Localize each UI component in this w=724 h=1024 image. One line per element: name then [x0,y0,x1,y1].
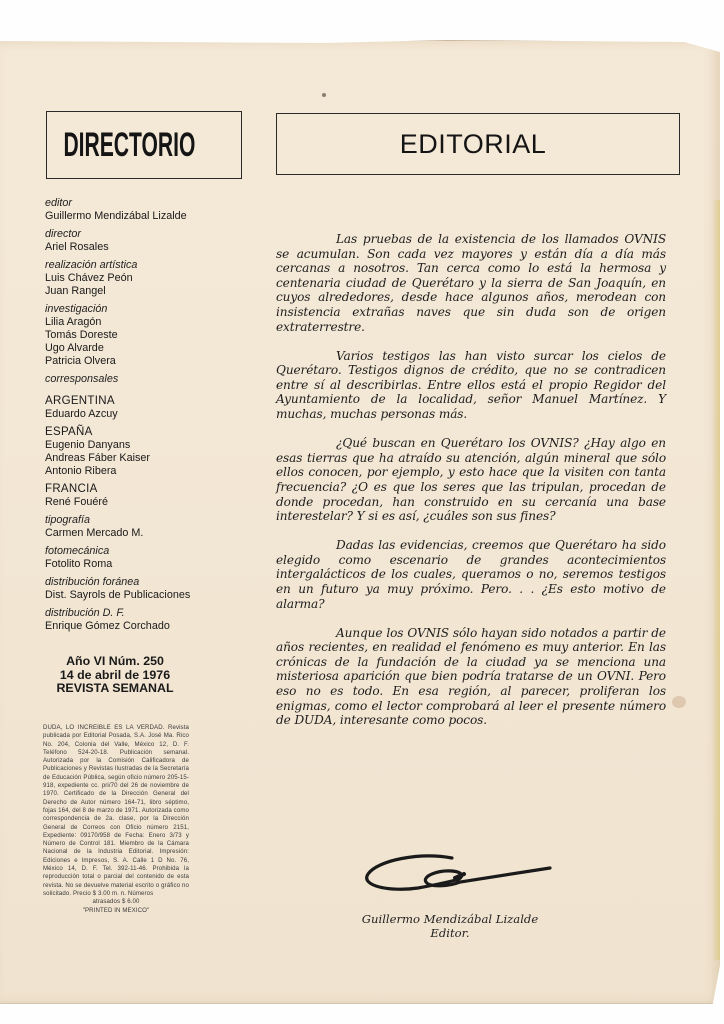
directory-section: corresponsales [45,373,255,386]
paper-stain [672,696,686,708]
issue-number: Año VI Núm. 250 [40,655,190,669]
signature-scribble [360,852,560,902]
directory-name: Dist. Sayrols de Publicaciones [45,589,255,602]
editorial-paragraph: ¿Qué buscan en Querétaro los OVNIS? ¿Hay… [276,436,666,524]
editorial-paragraph: Las pruebas de la existencia de los llam… [276,232,666,334]
directory-section: investigaciónLilia AragónTomás DoresteUg… [45,303,255,368]
signature-block: Guillermo Mendizábal Lizalde Editor. [330,912,570,940]
directory-role: fotomecánica [45,545,255,558]
directory-section: distribución D. F.Enrique Gómez Corchado [45,607,255,633]
directory-section: realización artísticaLuis Chávez PeónJua… [45,259,255,298]
page-edge-yellowing [712,200,720,960]
directory-name: Juan Rangel [45,285,255,298]
signature-title: Editor. [330,926,570,940]
directory-role: director [45,228,255,241]
directory-section: tipografíaCarmen Mercado M. [45,514,255,540]
directory-country: FRANCIA [45,483,255,496]
directory-role: editor [45,197,255,210]
directory-country: ESPAÑA [45,426,255,439]
directory-name: Guillermo Mendizábal Lizalde [45,210,255,223]
editorial-paragraph: Varios testigos las han visto surcar los… [276,349,666,422]
directory-section: editorGuillermo Mendizábal Lizalde [45,197,255,223]
directory-role: tipografía [45,514,255,527]
directory-role: realización artística [45,259,255,272]
editorial-paragraph: Aunque los OVNIS sólo hayan sido notados… [276,626,666,728]
signature-name: Guillermo Mendizábal Lizalde [330,912,570,926]
issue-info: Año VI Núm. 250 14 de abril de 1976 REVI… [40,655,190,696]
legal-notice: DUDA, LO INCREIBLE ES LA VERDAD. Revista… [43,724,189,915]
directory-role: corresponsales [45,373,255,386]
directory-name: Fotolito Roma [45,558,255,571]
directory-name: Ugo Alvarde [45,342,255,355]
paper-speck [322,93,326,97]
directory-section: FRANCIARené Fouéré [45,483,255,509]
editorial-paragraph: Dadas las evidencias, creemos que Querét… [276,538,666,611]
issue-frequency: REVISTA SEMANAL [40,682,190,696]
directory-name: Enrique Gómez Corchado [45,620,255,633]
editorial-body: Las pruebas de la existencia de los llam… [276,232,666,742]
staff-directory: editorGuillermo Mendizábal Lizaldedirect… [45,197,255,638]
directorio-title: DIRECTORIO [63,126,195,165]
editorial-title: EDITORIAL [400,129,547,160]
directory-name: Antonio Ribera [45,465,255,478]
legal-lead: DUDA, LO INCREIBLE ES LA VERDAD. [43,724,165,731]
directory-name: Lilia Aragón [45,316,255,329]
directory-section: distribución foráneaDist. Sayrols de Pub… [45,576,255,602]
legal-back-issues: atrasados $ 6.00 [43,898,189,906]
directory-name: Eugenio Danyans [45,439,255,452]
editorial-header-box: EDITORIAL [276,113,680,175]
directory-section: ESPAÑAEugenio DanyansAndreas Fáber Kaise… [45,426,255,478]
directory-name: Eduardo Azcuy [45,408,255,421]
directory-name: Carmen Mercado M. [45,527,255,540]
directory-role: distribución foránea [45,576,255,589]
directory-role: investigación [45,303,255,316]
directory-name: Ariel Rosales [45,241,255,254]
directory-section: fotomecánicaFotolito Roma [45,545,255,571]
directory-name: Patricia Olvera [45,355,255,368]
issue-date: 14 de abril de 1976 [40,669,190,683]
directory-name: Tomás Doreste [45,329,255,342]
directory-section: ARGENTINAEduardo Azcuy [45,395,255,421]
legal-text: Revista publicada por Editorial Posada, … [43,724,189,897]
directorio-header-box: DIRECTORIO [46,111,242,179]
directory-section: directorAriel Rosales [45,228,255,254]
directory-name: Andreas Fáber Kaiser [45,452,255,465]
printed-in-mexico: "PRINTED IN MEXICO" [43,907,189,915]
directory-name: René Fouéré [45,496,255,509]
directory-country: ARGENTINA [45,395,255,408]
directory-role: distribución D. F. [45,607,255,620]
directory-name: Luis Chávez Peón [45,272,255,285]
